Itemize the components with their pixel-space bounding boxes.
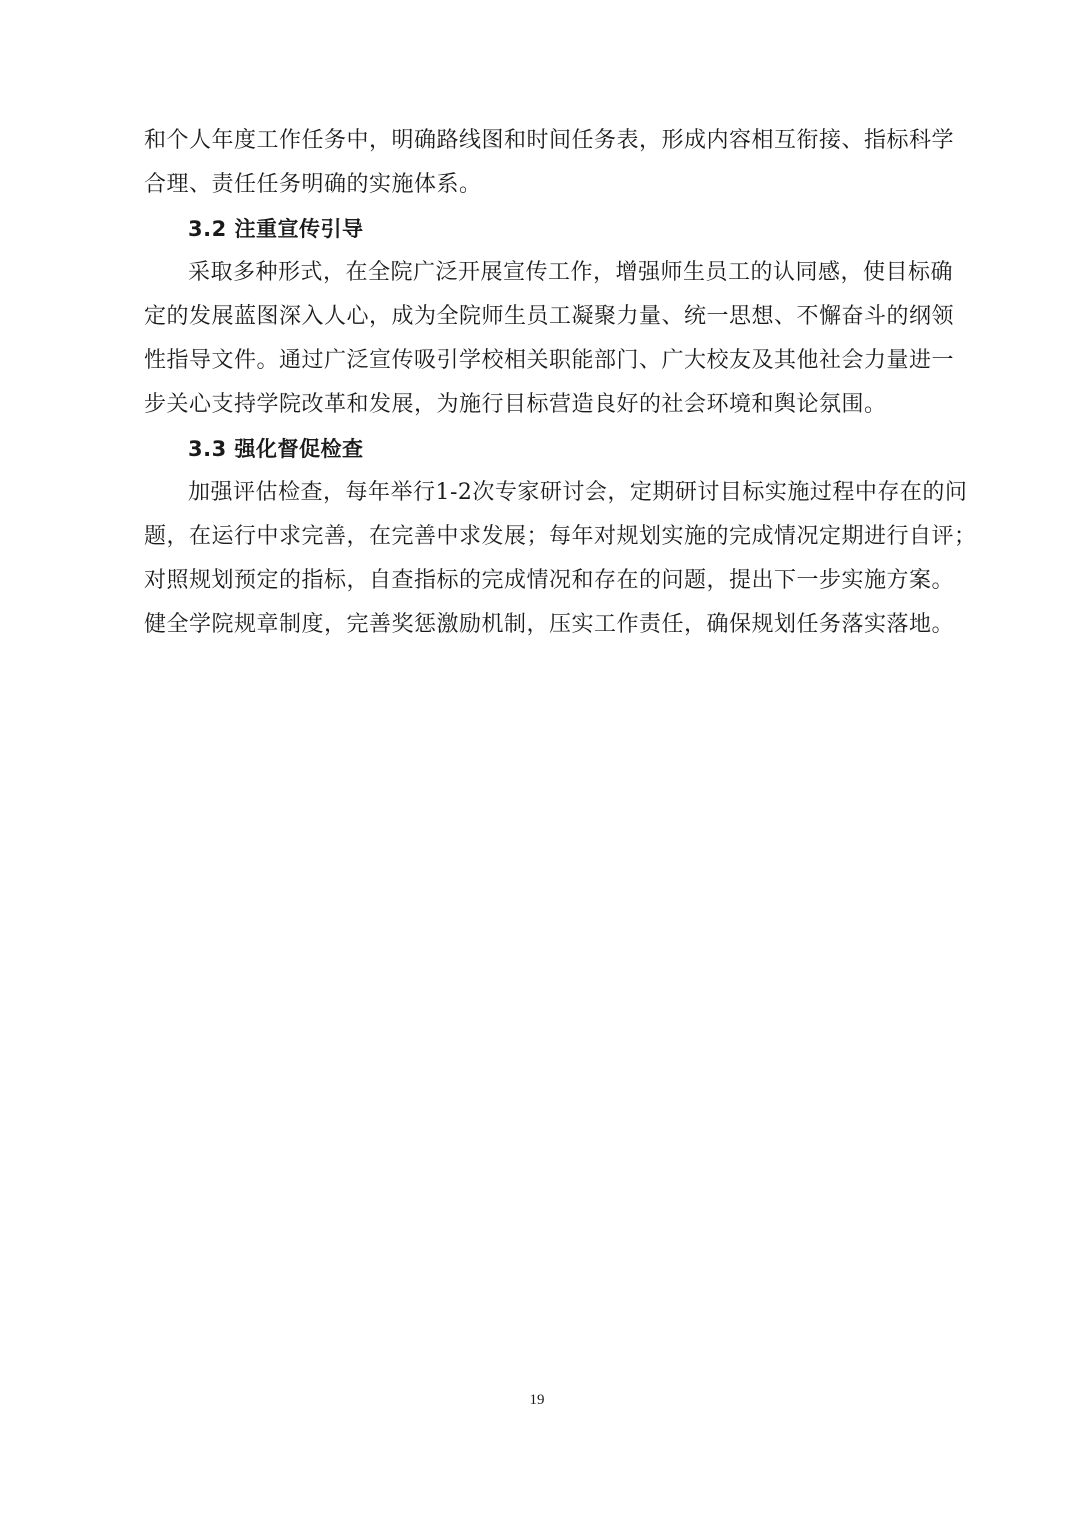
section-heading-3-2: 3.2 注重宣传引导 — [144, 207, 936, 251]
paragraph-line: 性指导文件。通过广泛宣传吸引学校相关职能部门、广大校友及其他社会力量进一 — [144, 339, 936, 383]
paragraph-line: 题，在运行中求完善，在完善中求发展；每年对规划实施的完成情况定期进行自评； — [144, 515, 936, 559]
document-body: 和个人年度工作任务中，明确路线图和时间任务表，形成内容相互衔接、指标科学 合理、… — [144, 119, 936, 647]
paragraph-line: 对照规划预定的指标，自查指标的完成情况和存在的问题，提出下一步实施方案。 — [144, 559, 936, 603]
paragraph-line: 合理、责任任务明确的实施体系。 — [144, 163, 936, 207]
page-number: 19 — [0, 1392, 1074, 1409]
paragraph-line: 采取多种形式，在全院广泛开展宣传工作，增强师生员工的认同感，使目标确 — [144, 251, 936, 295]
paragraph-line: 加强评估检查，每年举行1-2次专家研讨会，定期研讨目标实施过程中存在的问 — [144, 471, 936, 515]
paragraph-line: 和个人年度工作任务中，明确路线图和时间任务表，形成内容相互衔接、指标科学 — [144, 119, 936, 163]
paragraph-line: 步关心支持学院改革和发展，为施行目标营造良好的社会环境和舆论氛围。 — [144, 383, 936, 427]
section-heading-3-3: 3.3 强化督促检查 — [144, 427, 936, 471]
document-page: 和个人年度工作任务中，明确路线图和时间任务表，形成内容相互衔接、指标科学 合理、… — [0, 0, 1074, 1520]
paragraph-line: 定的发展蓝图深入人心，成为全院师生员工凝聚力量、统一思想、不懈奋斗的纲领 — [144, 295, 936, 339]
paragraph-line: 健全学院规章制度，完善奖惩激励机制，压实工作责任，确保规划任务落实落地。 — [144, 603, 936, 647]
